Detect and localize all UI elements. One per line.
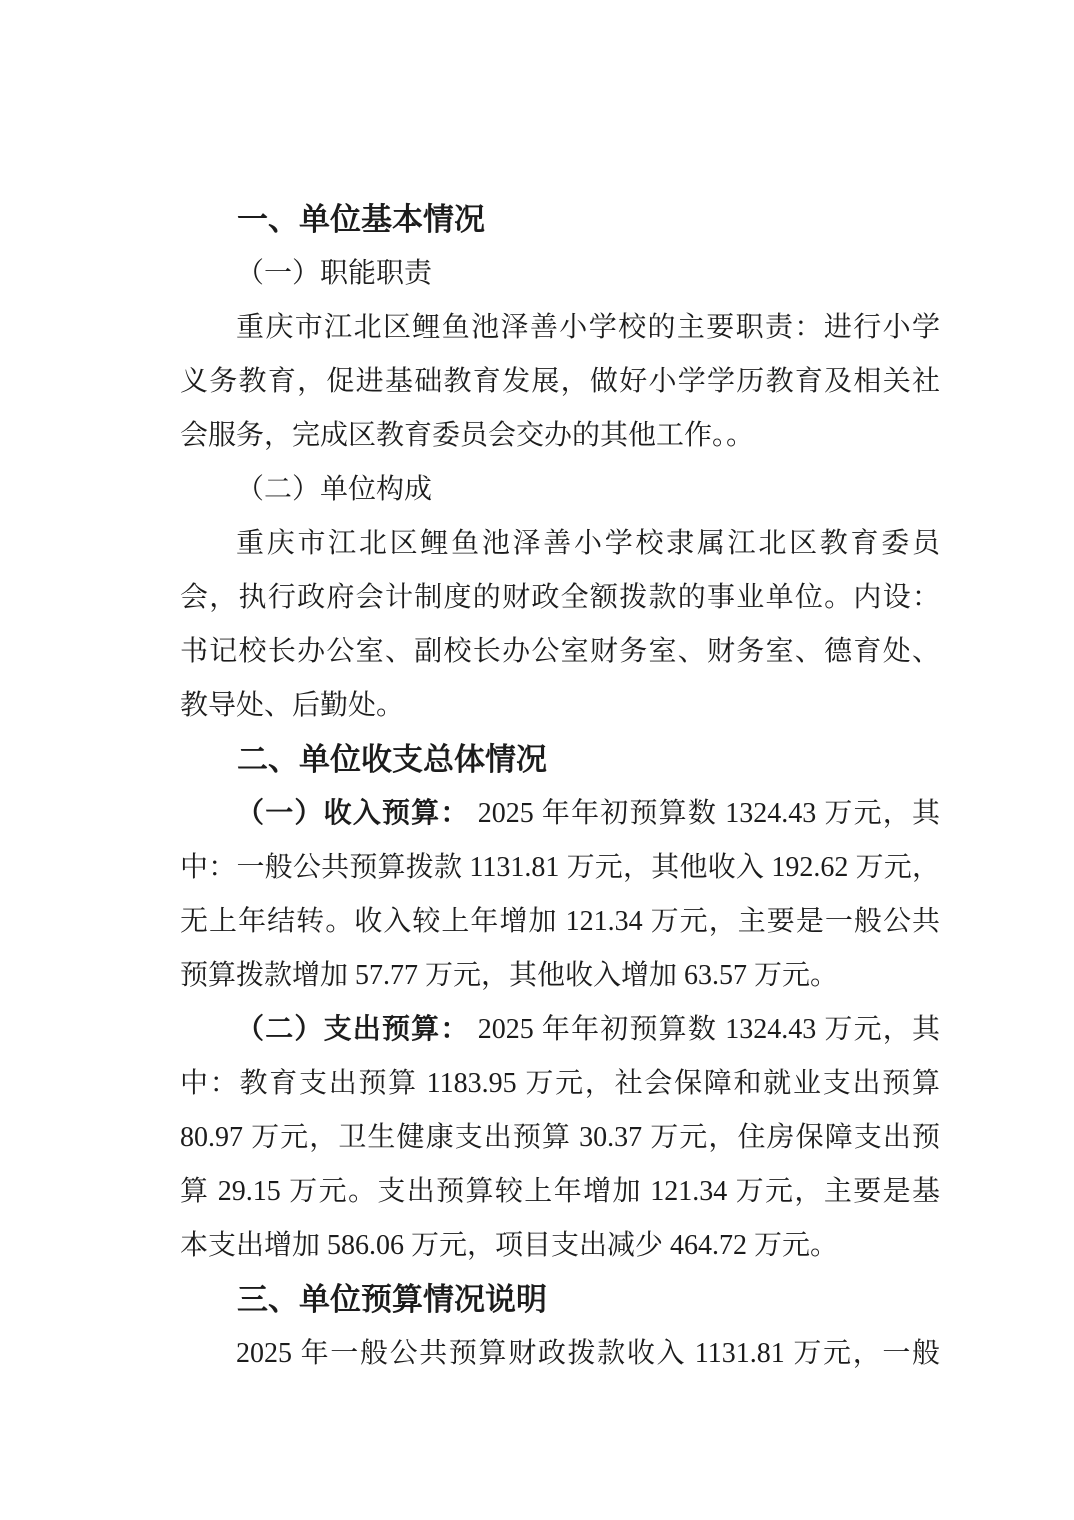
paragraph-expenditure-budget: （二）支出预算： 2025 年年初预算数 1324.43 万元，其 中：教育支出… xyxy=(180,1003,940,1273)
document-content: 一、单位基本情况 （一）职能职责 重庆市江北区鲤鱼池泽善小学校的主要职责：进行小… xyxy=(180,193,940,1381)
text-line: 中：教育支出预算 1183.95 万元，社会保障和就业支出预算 xyxy=(180,1057,940,1111)
subsection-1-2-heading: （二）单位构成 xyxy=(180,463,940,517)
text-line: 算 29.15 万元。支出预算较上年增加 121.34 万元，主要是基 xyxy=(180,1165,940,1219)
text-line: （二）支出预算： 2025 年年初预算数 1324.43 万元，其 xyxy=(180,1003,940,1057)
text-line: 会服务，完成区教育委员会交办的其他工作。。 xyxy=(180,409,940,463)
text-line: 2025 年一般公共预算财政拨款收入 1131.81 万元，一般 xyxy=(180,1327,940,1381)
paragraph-budget-explanation: 2025 年一般公共预算财政拨款收入 1131.81 万元，一般 xyxy=(180,1327,940,1381)
paragraph-income-budget: （一）收入预算： 2025 年年初预算数 1324.43 万元，其 中：一般公共… xyxy=(180,787,940,1003)
paragraph-composition: 重庆市江北区鲤鱼池泽善小学校隶属江北区教育委员 会，执行政府会计制度的财政全额拨… xyxy=(180,517,940,733)
text-line: 本支出增加 586.06 万元，项目支出减少 464.72 万元。 xyxy=(180,1219,940,1273)
document-page: 一、单位基本情况 （一）职能职责 重庆市江北区鲤鱼池泽善小学校的主要职责：进行小… xyxy=(0,0,1074,1520)
text-span: 2025 年年初预算数 1324.43 万元，其 xyxy=(470,1014,940,1045)
section-3-heading: 三、单位预算情况说明 xyxy=(180,1273,940,1327)
section-2-heading: 二、单位收支总体情况 xyxy=(180,733,940,787)
text-line: （一）收入预算： 2025 年年初预算数 1324.43 万元，其 xyxy=(180,787,940,841)
text-line: 会，执行政府会计制度的财政全额拨款的事业单位。内设： xyxy=(180,571,940,625)
section-1-heading: 一、单位基本情况 xyxy=(180,193,940,247)
paragraph-duties: 重庆市江北区鲤鱼池泽善小学校的主要职责：进行小学 义务教育，促进基础教育发展，做… xyxy=(180,301,940,463)
text-line: 书记校长办公室、副校长办公室财务室、财务室、德育处、 xyxy=(180,625,940,679)
text-line: 重庆市江北区鲤鱼池泽善小学校的主要职责：进行小学 xyxy=(180,301,940,355)
text-line: 义务教育，促进基础教育发展，做好小学学历教育及相关社 xyxy=(180,355,940,409)
text-line: 80.97 万元，卫生健康支出预算 30.37 万元，住房保障支出预 xyxy=(180,1111,940,1165)
text-line: 中：一般公共预算拨款 1131.81 万元，其他收入 192.62 万元， xyxy=(180,841,940,895)
expenditure-budget-runin-label: （二）支出预算： xyxy=(236,1014,470,1045)
text-line: 重庆市江北区鲤鱼池泽善小学校隶属江北区教育委员 xyxy=(180,517,940,571)
text-span: 2025 年年初预算数 1324.43 万元，其 xyxy=(470,798,940,829)
subsection-1-1-heading: （一）职能职责 xyxy=(180,247,940,301)
text-line: 预算拨款增加 57.77 万元，其他收入增加 63.57 万元。 xyxy=(180,949,940,1003)
text-line: 教导处、后勤处。 xyxy=(180,679,940,733)
income-budget-runin-label: （一）收入预算： xyxy=(236,798,470,829)
text-line: 无上年结转。收入较上年增加 121.34 万元，主要是一般公共 xyxy=(180,895,940,949)
